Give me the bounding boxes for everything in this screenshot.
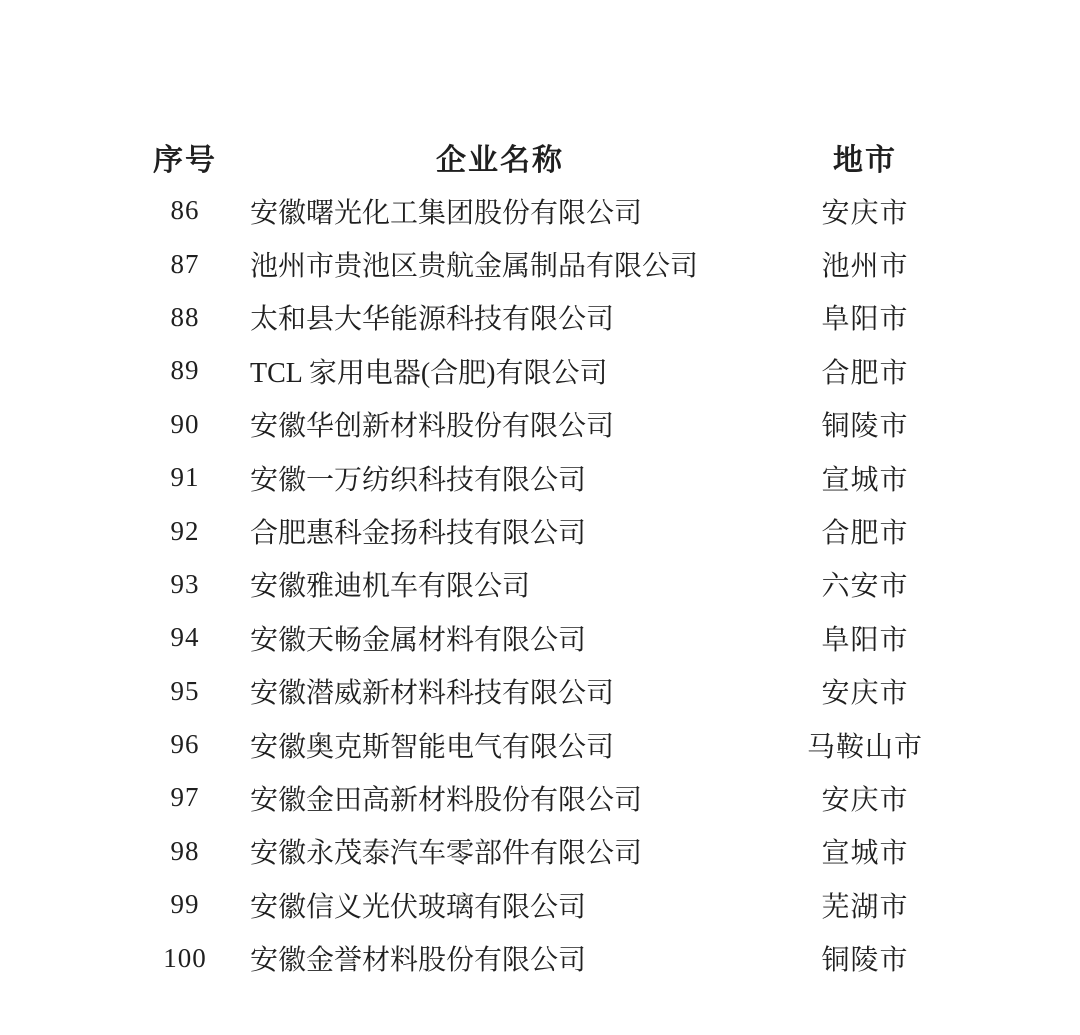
- row-index-cell: 97: [125, 782, 245, 813]
- row-city-cell: 铜陵市: [750, 938, 980, 978]
- table-row: 87 池州市贵池区贵航金属制品有限公司 池州市: [0, 237, 1080, 290]
- table-row: 86 安徽曙光化工集团股份有限公司 安庆市: [0, 184, 1080, 237]
- row-index-cell: 91: [125, 462, 245, 493]
- row-company-name-cell: 安徽永茂泰汽车零部件有限公司: [250, 831, 750, 871]
- row-city-cell: 铜陵市: [750, 404, 980, 444]
- row-city-cell: 宣城市: [750, 831, 980, 871]
- row-index-cell: 89: [125, 355, 245, 386]
- row-city-cell: 阜阳市: [750, 297, 980, 337]
- table-row: 94 安徽天畅金属材料有限公司 阜阳市: [0, 611, 1080, 664]
- table-row: 93 安徽雅迪机车有限公司 六安市: [0, 558, 1080, 611]
- row-city-cell: 合肥市: [750, 351, 980, 391]
- table-row: 97 安徽金田高新材料股份有限公司 安庆市: [0, 771, 1080, 824]
- row-city-cell: 安庆市: [750, 191, 980, 231]
- table-row: 90 安徽华创新材料股份有限公司 铜陵市: [0, 398, 1080, 451]
- row-index-cell: 86: [125, 195, 245, 226]
- row-index-cell: 95: [125, 676, 245, 707]
- table-row: 88 太和县大华能源科技有限公司 阜阳市: [0, 291, 1080, 344]
- row-city-cell: 马鞍山市: [750, 725, 980, 765]
- table-header-row: 序号 企业名称 地市: [0, 132, 1080, 182]
- row-index-cell: 99: [125, 889, 245, 920]
- table-row: 91 安徽一万纺织科技有限公司 宣城市: [0, 451, 1080, 504]
- row-company-name-cell: 安徽潜威新材料科技有限公司: [250, 671, 750, 711]
- row-city-cell: 六安市: [750, 564, 980, 604]
- row-index-cell: 90: [125, 409, 245, 440]
- table-row: 92 合肥惠科金扬科技有限公司 合肥市: [0, 504, 1080, 557]
- row-city-cell: 安庆市: [750, 671, 980, 711]
- row-company-name-cell: 池州市贵池区贵航金属制品有限公司: [250, 244, 750, 284]
- row-index-cell: 88: [125, 302, 245, 333]
- row-company-name-cell: 安徽信义光伏玻璃有限公司: [250, 885, 750, 925]
- row-city-cell: 池州市: [750, 244, 980, 284]
- row-company-name-cell: 安徽奥克斯智能电气有限公司: [250, 725, 750, 765]
- row-index-cell: 94: [125, 622, 245, 653]
- row-company-name-cell: 太和县大华能源科技有限公司: [250, 297, 750, 337]
- table-body: 86 安徽曙光化工集团股份有限公司 安庆市 87 池州市贵池区贵航金属制品有限公…: [0, 184, 1080, 985]
- company-table: 序号 企业名称 地市 86 安徽曙光化工集团股份有限公司 安庆市 87 池州市贵…: [0, 132, 1080, 985]
- row-index-cell: 93: [125, 569, 245, 600]
- row-company-name-cell: 安徽曙光化工集团股份有限公司: [250, 191, 750, 231]
- row-index-cell: 92: [125, 516, 245, 547]
- row-index-cell: 98: [125, 836, 245, 867]
- table-row: 98 安徽永茂泰汽车零部件有限公司 宣城市: [0, 825, 1080, 878]
- row-city-cell: 安庆市: [750, 778, 980, 818]
- row-company-name-cell: 安徽华创新材料股份有限公司: [250, 404, 750, 444]
- table-row: 89 TCL 家用电器(合肥)有限公司 合肥市: [0, 344, 1080, 397]
- header-index: 序号: [125, 135, 245, 179]
- row-index-cell: 96: [125, 729, 245, 760]
- row-company-name-cell: 安徽雅迪机车有限公司: [250, 564, 750, 604]
- header-company-name: 企业名称: [250, 135, 750, 179]
- table-row: 100 安徽金誉材料股份有限公司 铜陵市: [0, 931, 1080, 984]
- row-index-cell: 100: [125, 943, 245, 974]
- row-company-name-cell: 安徽金田高新材料股份有限公司: [250, 778, 750, 818]
- row-city-cell: 阜阳市: [750, 618, 980, 658]
- row-index-cell: 87: [125, 249, 245, 280]
- row-company-name-cell: 合肥惠科金扬科技有限公司: [250, 511, 750, 551]
- table-row: 99 安徽信义光伏玻璃有限公司 芜湖市: [0, 878, 1080, 931]
- row-city-cell: 合肥市: [750, 511, 980, 551]
- table-row: 95 安徽潜威新材料科技有限公司 安庆市: [0, 665, 1080, 718]
- row-company-name-cell: TCL 家用电器(合肥)有限公司: [250, 351, 750, 391]
- row-company-name-cell: 安徽天畅金属材料有限公司: [250, 618, 750, 658]
- header-city: 地市: [750, 135, 980, 179]
- row-company-name-cell: 安徽金誉材料股份有限公司: [250, 938, 750, 978]
- table-row: 96 安徽奥克斯智能电气有限公司 马鞍山市: [0, 718, 1080, 771]
- row-company-name-cell: 安徽一万纺织科技有限公司: [250, 458, 750, 498]
- row-city-cell: 芜湖市: [750, 885, 980, 925]
- row-city-cell: 宣城市: [750, 458, 980, 498]
- company-list-document: 序号 企业名称 地市 86 安徽曙光化工集团股份有限公司 安庆市 87 池州市贵…: [0, 0, 1080, 1035]
